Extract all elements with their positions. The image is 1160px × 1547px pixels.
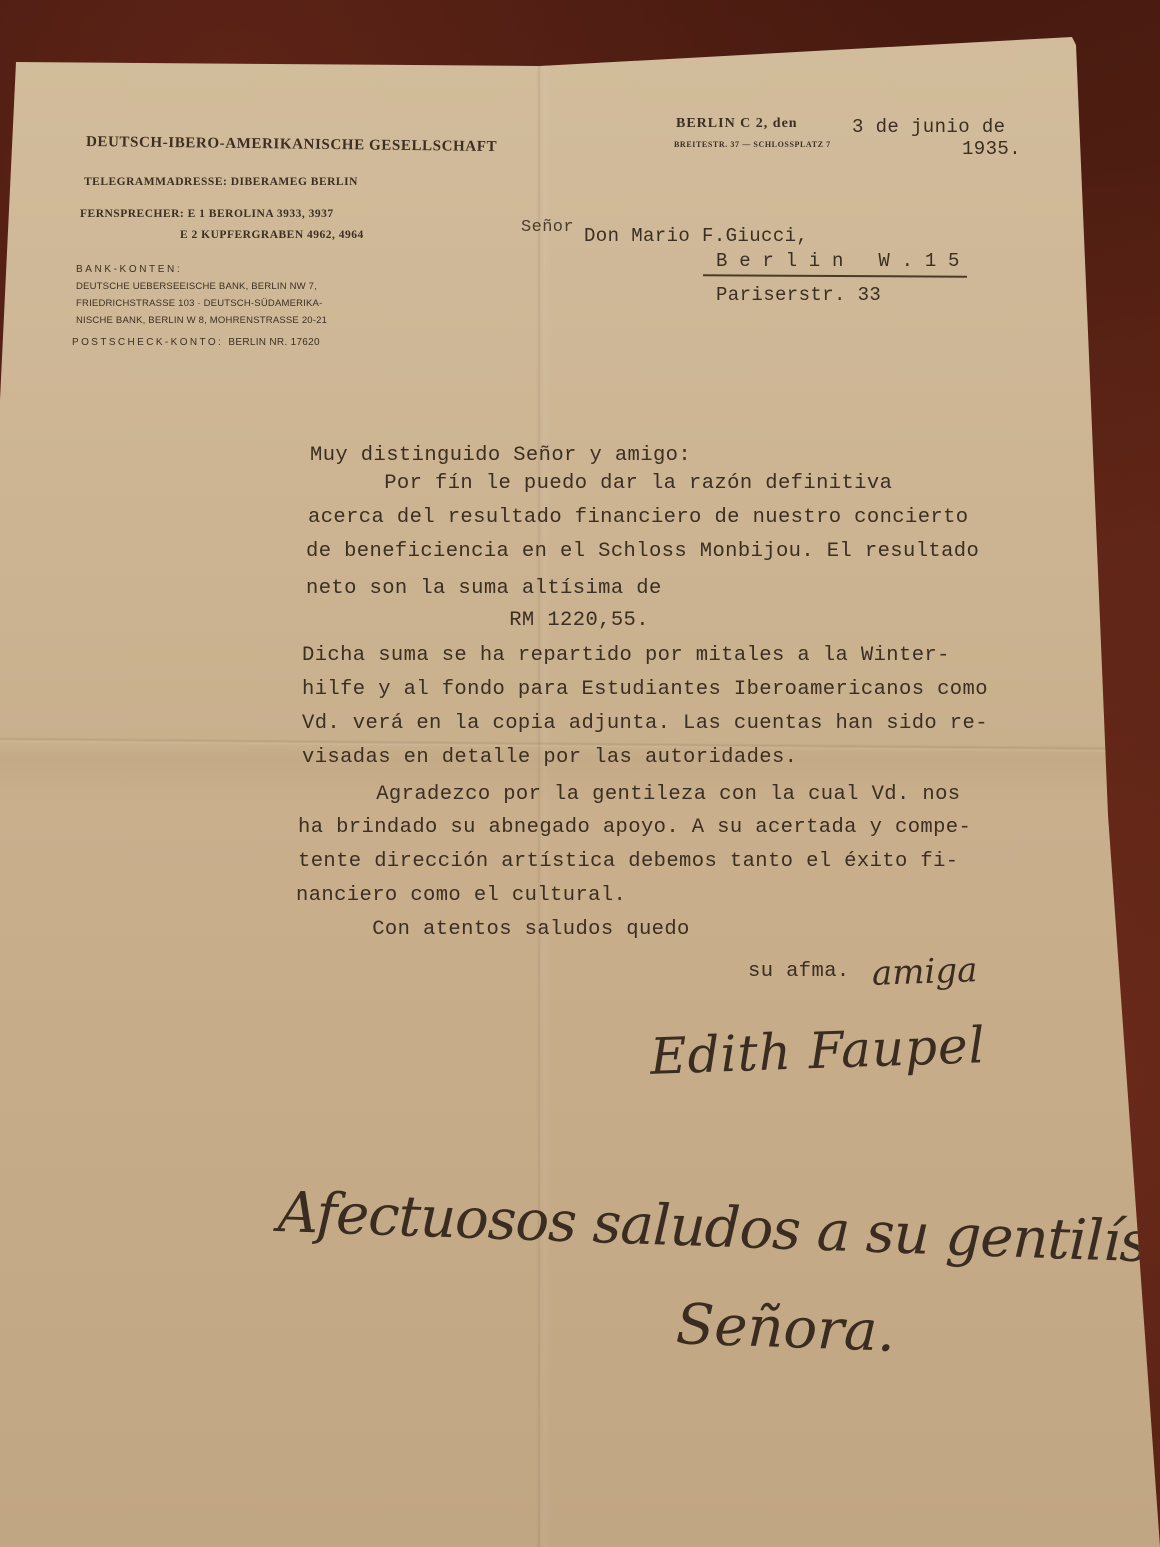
recipient-street: Pariserstr. 33 xyxy=(716,284,881,306)
letterhead-city: BERLIN C 2, den xyxy=(676,116,798,132)
address-underline xyxy=(703,274,967,277)
letter-paper: DEUTSCH-IBERO-AMERIKANISCHE GESELLSCHAFT… xyxy=(0,0,1160,1547)
letterhead-organization: DEUTSCH-IBERO-AMERIKANISCHE GESELLSCHAFT xyxy=(86,134,497,156)
postscheck-value: BERLIN NR. 17620 xyxy=(228,337,320,348)
recipient-salutation-prefix: Señor xyxy=(521,218,574,237)
body-line: Vd. verá en la copia adjunta. Las cuenta… xyxy=(302,712,988,735)
body-line: neto son la suma altísima de xyxy=(306,577,662,600)
closing-typed: su afma. xyxy=(748,960,850,983)
signature: Edith Faupel xyxy=(649,1016,986,1086)
date-line-1: 3 de junio de xyxy=(852,116,1005,138)
body-line: Agradezco por la gentileza con la cual V… xyxy=(300,783,961,806)
postscript-line-2: Señora. xyxy=(675,1292,896,1365)
body-line: Dicha suma se ha repartido por mitales a… xyxy=(302,644,950,667)
letterhead-bank-line: DEUTSCHE UEBERSEEISCHE BANK, BERLIN NW 7… xyxy=(76,281,317,292)
vertical-fold xyxy=(538,66,542,1547)
postscript-line-1: Afectuosos saludos a su gentilísima xyxy=(277,1180,1160,1279)
letterhead-bank-title: BANK-KONTEN: xyxy=(76,264,182,275)
letterhead-bank-line: FRIEDRICHSTRASSE 103 · DEUTSCH-SÜDAMERIK… xyxy=(76,298,322,309)
body-amount: RM 1220,55. xyxy=(306,609,649,632)
letterhead-street: BREITESTR. 37 — SCHLOSSPLATZ 7 xyxy=(674,140,831,149)
body-line: de beneficiencia en el Schloss Monbijou.… xyxy=(306,540,979,563)
date-line-2: 1935. xyxy=(962,138,1021,160)
closing-handwritten: amiga xyxy=(871,950,978,994)
body-line: ha brindado su abnegado apoyo. A su acer… xyxy=(298,816,971,839)
postscheck-label: POSTSCHECK-KONTO: xyxy=(72,337,223,348)
recipient-name: Don Mario F.Giucci, xyxy=(584,225,808,247)
letterhead-telegram: TELEGRAMMADRESSE: DIBERAMEG BERLIN xyxy=(84,176,358,188)
body-line: visadas en detalle por las autoridades. xyxy=(302,746,797,769)
body-line: hilfe y al fondo para Estudiantes Iberoa… xyxy=(302,678,988,701)
recipient-city: Berlin W.15 xyxy=(716,250,971,272)
letterhead-phone-1: FERNSPRECHER: E 1 BEROLINA 3933, 3937 xyxy=(80,208,334,220)
body-line: Por fín le puedo dar la razón definitiva xyxy=(308,472,892,495)
letterhead-phone-2: E 2 KUPFERGRABEN 4962, 4964 xyxy=(180,229,364,241)
body-line: Muy distinguido Señor y amigo: xyxy=(310,444,691,467)
letterhead-bank-line: NISCHE BANK, BERLIN W 8, MOHRENSTRASSE 2… xyxy=(76,315,327,326)
body-line: tente dirección artística debemos tanto … xyxy=(298,850,959,873)
body-line: Con atentos saludos quedo xyxy=(296,918,690,941)
body-line: nanciero como el cultural. xyxy=(296,884,626,907)
letterhead-postscheck: POSTSCHECK-KONTO: BERLIN NR. 17620 xyxy=(72,337,320,348)
body-line: acerca del resultado financiero de nuest… xyxy=(308,506,969,529)
